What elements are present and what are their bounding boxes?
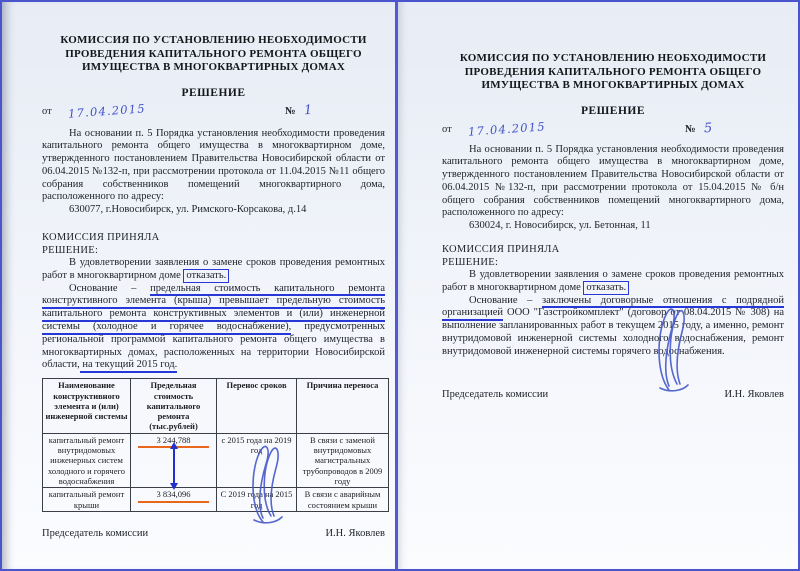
doc-number-label: № <box>285 106 296 117</box>
signer-role: Председатель комиссии <box>42 528 148 539</box>
date-label: от <box>42 106 52 117</box>
table-cell: 3 244,788 <box>131 433 217 487</box>
table-header-cell: Перенос сроков <box>217 379 297 433</box>
meta-row: от 17.04.2015 № 1 <box>42 104 385 120</box>
address-line: 630024, г. Новосибирск, ул. Бетонная, 11 <box>442 220 784 233</box>
refusal-paragraph: В удовлетворении заявления о замене срок… <box>42 257 385 283</box>
handwritten-number: 1 <box>303 102 314 118</box>
date-label: от <box>442 124 452 135</box>
transfer-arrow-annotation <box>173 448 175 484</box>
intro-paragraph: На основании п. 5 Порядка установления н… <box>442 144 784 221</box>
decision-heading: РЕШЕНИЕ <box>442 105 784 117</box>
table-row: капитальный ремонт внутридомовых инженер… <box>43 433 389 487</box>
basis-text: Основание – <box>469 295 542 306</box>
resolution-heading: РЕШЕНИЕ: <box>42 244 385 257</box>
basis-paragraph: Основание – заключены договорные отношен… <box>442 295 784 359</box>
document-page-left: КОМИССИЯ ПО УСТАНОВЛЕНИЮ НЕОБХОДИМОСТИ П… <box>2 2 395 569</box>
table-header-cell: Наименование конструктивного элемента и … <box>43 379 131 433</box>
commission-heading: КОМИССИЯ ПРИНЯЛА <box>442 243 784 256</box>
signer-name: И.Н. Яковлев <box>325 528 385 539</box>
table-cell: с 2015 года на 2019 год <box>217 433 297 487</box>
cost-table: Наименование конструктивного элемента и … <box>42 378 389 512</box>
refusal-paragraph: В удовлетворении заявления о замене срок… <box>442 269 784 295</box>
handwritten-date: 17.04.2015 <box>468 119 547 138</box>
table-cell: капитальный ремонт внутридомовых инженер… <box>43 433 131 487</box>
limit-cost-underline-annotation: 3 834,096 <box>138 489 209 502</box>
intro-paragraph: На основании п. 5 Порядка установления н… <box>42 128 385 205</box>
doc-title: КОМИССИЯ ПО УСТАНОВЛЕНИЮ НЕОБХОДИМОСТИ П… <box>55 34 373 75</box>
meta-row: от 17.04.2015 № 5 <box>442 122 784 138</box>
cost-table-wrap: Наименование конструктивного элемента и … <box>42 378 385 512</box>
doc-title: КОМИССИЯ ПО УСТАНОВЛЕНИЮ НЕОБХОДИМОСТИ П… <box>454 52 772 93</box>
table-cell: 3 834,096 <box>131 488 217 512</box>
table-header-row: Наименование конструктивного элемента и … <box>43 379 389 433</box>
signer-role: Председатель комиссии <box>442 389 548 400</box>
decision-heading: РЕШЕНИЕ <box>42 87 385 99</box>
basis-text: Основание – <box>69 283 150 294</box>
signature-block: Председатель комиссии И.Н. Яковлев <box>442 389 784 400</box>
signature-block: Председатель комиссии И.Н. Яковлев <box>42 528 385 539</box>
table-row: капитальный ремонт крыши 3 834,096 С 201… <box>43 488 389 512</box>
doc-number-label: № <box>685 124 696 135</box>
commission-heading: КОМИССИЯ ПРИНЯЛА <box>42 231 385 244</box>
resolution-heading: РЕШЕНИЕ: <box>442 256 784 269</box>
handwritten-date: 17.04.2015 <box>68 101 147 120</box>
table-cell: капитальный ремонт крыши <box>43 488 131 512</box>
table-cell: В связи с заменой внутридомовых магистра… <box>297 433 389 487</box>
underline-annotation: на текущий 2015 год. <box>80 359 178 373</box>
table-header-cell: Причина переноса <box>297 379 389 433</box>
document-page-right: КОМИССИЯ ПО УСТАНОВЛЕНИЮ НЕОБХОДИМОСТИ П… <box>398 2 798 569</box>
table-header-cell: Предельная стоимость капитального ремонт… <box>131 379 217 433</box>
basis-paragraph: Основание – предельная стоимость капитал… <box>42 283 385 373</box>
refusal-boxed-annotation: отказать. <box>183 269 229 283</box>
refusal-boxed-annotation: отказать. <box>583 281 629 295</box>
scanned-documents-view: КОМИССИЯ ПО УСТАНОВЛЕНИЮ НЕОБХОДИМОСТИ П… <box>0 0 800 571</box>
handwritten-number: 5 <box>703 120 714 136</box>
table-cell: С 2019 года на 2015 год <box>217 488 297 512</box>
table-cell: В связи с аварийным состоянием крыши <box>297 488 389 512</box>
address-line: 630077, г.Новосибирск, ул. Римского-Корс… <box>42 204 385 217</box>
signer-name: И.Н. Яковлев <box>724 389 784 400</box>
